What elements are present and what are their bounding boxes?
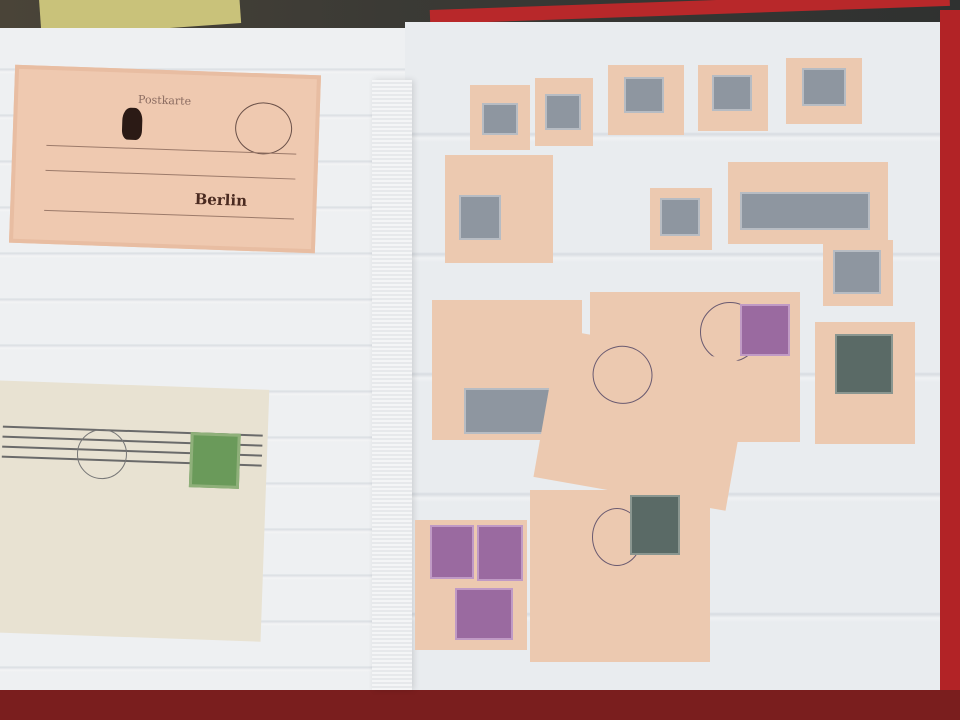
envelope (0, 380, 269, 641)
purple-stamp (740, 304, 790, 356)
stamp-fragment (815, 322, 915, 444)
ink-blot (122, 107, 143, 140)
stamp-fragment (698, 65, 768, 131)
postmark-icon (234, 101, 293, 155)
address-line (46, 170, 296, 180)
stamp-fragment (786, 58, 862, 124)
postcard-header: Postkarte (138, 93, 191, 108)
stamp-fragment (728, 162, 888, 244)
dark-stamp (630, 495, 680, 555)
stamp-fragment (608, 65, 684, 135)
stamp-fragment (415, 520, 527, 650)
stamp-fragment (470, 85, 530, 150)
postcard-city: Berlin (194, 190, 247, 210)
album-cover-edge-right (940, 10, 960, 710)
postmark-icon (588, 341, 657, 409)
stamp-fragment (445, 155, 553, 263)
stamp-fragment (535, 78, 593, 146)
address-line (44, 210, 294, 220)
album-cover-bottom (0, 690, 960, 720)
stamp-fragment (650, 188, 712, 250)
stamp-fragment (823, 240, 893, 306)
postmark-icon (76, 428, 128, 480)
postal-form-fragment (530, 490, 710, 662)
green-stamp (189, 432, 241, 489)
postcard: Postkarte Berlin (9, 65, 321, 254)
album-spine (372, 80, 412, 690)
